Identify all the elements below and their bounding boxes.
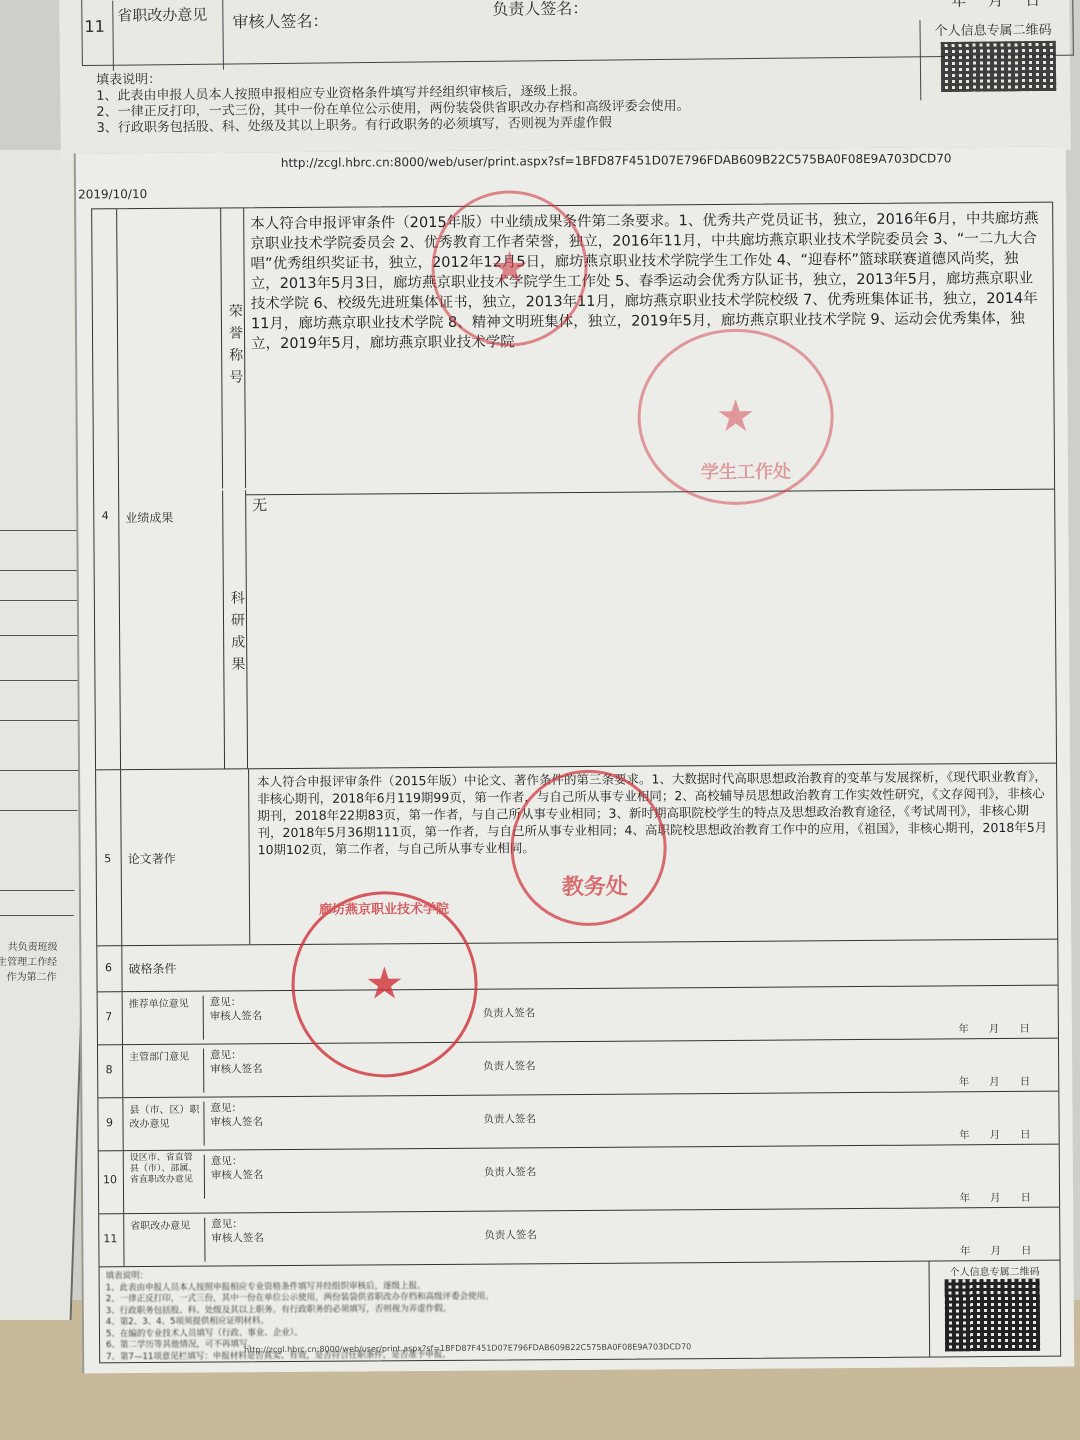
responsible-sign: 负责人签名 xyxy=(484,1227,537,1242)
approval-row: 10 设区市、省直管县（市）、部属、省直职改办意见 意见：审核人签名 负责人签名… xyxy=(99,1144,1059,1214)
approval-row: 9 县（市、区）职改办意见 意见：审核人签名 负责人签名 年月日 xyxy=(98,1091,1058,1151)
qr-code-panel: 个人信息专属二维码 xyxy=(929,1261,1061,1357)
research-label: 科研成果 xyxy=(222,490,248,768)
form-table: 4 业绩成果 荣誉称号 本人符合申报评审条件（2015年版）中业绩成果条件第二条… xyxy=(91,202,1061,1364)
reviewer-sign: 审核人签名 xyxy=(211,1231,264,1245)
honors-label: 荣誉称号 xyxy=(220,208,246,488)
fill-instructions: 填表说明： 1、此表由申报人员本人按照申报相应专业资格条件填写并经组织审核后，逐… xyxy=(96,64,917,137)
responsible-sign: 负责人签名 xyxy=(483,1058,536,1073)
page-number: 93 xyxy=(979,1343,989,1352)
application-form-page: 2019/10/10 http://zcgl.hbrc.cn:8000/web/… xyxy=(76,147,1074,1374)
honors-content: 本人符合申报评审条件（2015年版）中业绩成果条件第二条要求。1、优秀共产党员证… xyxy=(244,203,1054,496)
approval-row: 8 主管部门意见 意见：审核人签名 负责人签名 年月日 xyxy=(98,1038,1058,1098)
responsible-sign: 负责人签名 xyxy=(483,1111,536,1126)
date-field: 年月日 xyxy=(958,1021,1050,1037)
row-papers: 5 论文著作 本人符合申报评审条件（2015年版）中论文、著作条件的第三条要求。… xyxy=(96,763,1057,946)
responsible-sign: 负责人签名 xyxy=(484,1164,537,1179)
date-field: 年月日 xyxy=(951,0,1062,11)
print-date: 2019/10/10 xyxy=(78,187,147,201)
approval-row: 7 推荐单位意见 意见：审核人签名 负责人签名 年月日 xyxy=(98,985,1058,1045)
row-label: 论文著作 xyxy=(128,850,176,867)
qr-code-icon xyxy=(945,1279,1041,1352)
responsible-sign: 负责人签名 xyxy=(483,1005,536,1020)
row-exemption: 6 破格条件 xyxy=(97,939,1057,992)
papers-content: 本人符合申报评审条件（2015年版）中论文、著作条件的第三条要求。1、大数据时代… xyxy=(248,764,1057,945)
reviewer-sign: 审核人签名 xyxy=(210,1062,263,1076)
date-field: 年月日 xyxy=(960,1243,1052,1259)
row-label: 业绩成果 xyxy=(125,509,173,526)
date-field: 年月日 xyxy=(959,1074,1051,1090)
print-url: http://zcgl.hbrc.cn:8000/web/user/print.… xyxy=(281,151,952,170)
left-sheet-snippet: ，共负责班级 生管理工作经 ，作为第二作 xyxy=(0,940,58,985)
row-label: 破格条件 xyxy=(128,960,176,977)
date-field: 年月日 xyxy=(960,1190,1052,1206)
row-label: 省职改办意见 xyxy=(112,0,224,71)
reviewer-sign: 审核人签名： xyxy=(232,8,328,32)
research-content: 无 xyxy=(246,485,1056,769)
approval-row: 11 省职改办意见 意见：审核人签名 负责人签名 年月日 xyxy=(99,1207,1059,1267)
reviewer-sign: 审核人签名 xyxy=(210,1115,263,1129)
qr-code-icon xyxy=(941,41,1057,92)
reviewer-sign: 审核人签名 xyxy=(211,1168,264,1182)
date-field: 年月日 xyxy=(959,1127,1051,1143)
reviewer-sign: 审核人签名 xyxy=(210,1009,263,1023)
qr-code-panel: 个人信息专属二维码 xyxy=(919,19,1066,101)
responsible-sign: 负责人签名： xyxy=(492,0,588,20)
row-achievements: 4 业绩成果 荣誉称号 本人符合申报评审条件（2015年版）中业绩成果条件第二条… xyxy=(92,203,1056,770)
previous-page-bottom: 11 省职改办意见 审核人签名： 负责人签名： 年月日 填表说明： 1、此表由申… xyxy=(59,0,1071,160)
